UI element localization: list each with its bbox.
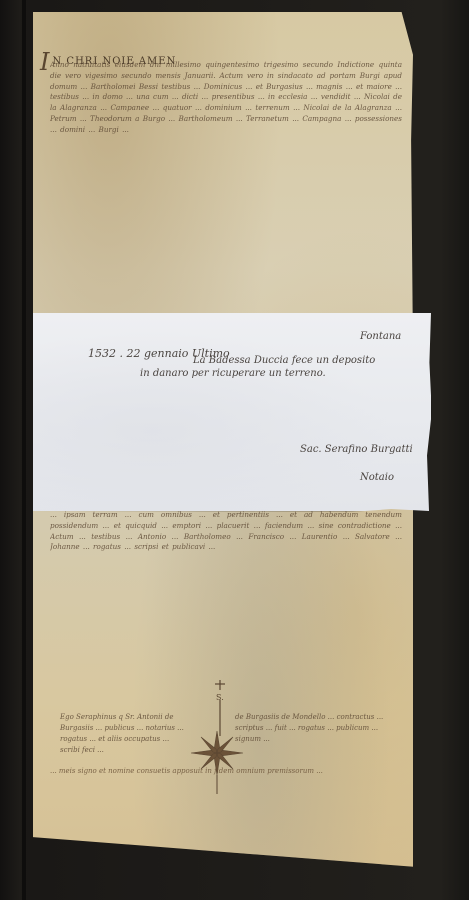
slip-signature-name: Sac. Serafino Burgatti: [300, 444, 413, 455]
svg-text:S.: S.: [216, 693, 224, 702]
slip-summary-line-2: in danaro per ricuperare un terreno.: [140, 368, 326, 379]
manuscript-body-mid: ... ipsam terram ... cum omnibus ... et …: [50, 510, 402, 610]
slip-signature-title: Notaio: [360, 472, 394, 483]
backdrop-edge-strip: [22, 0, 26, 900]
notary-subscription-left: Ego Seraphinus q Sr. Antonii de Burgasii…: [60, 712, 190, 756]
notary-subscription-tail: ... meis signo et nomine consuetis appos…: [50, 766, 400, 777]
decorated-initial: I: [40, 48, 50, 76]
notary-subscription-right: de Burgasiis de Mondello ... contractus …: [235, 712, 405, 745]
manuscript-body-top: Anno natiuitatis eiusdem dni millesimo q…: [50, 60, 402, 315]
slip-summary-line-1: La Badessa Duccia fece un deposito: [193, 355, 375, 366]
slip-annotation-top-right: Fontana: [360, 331, 401, 342]
